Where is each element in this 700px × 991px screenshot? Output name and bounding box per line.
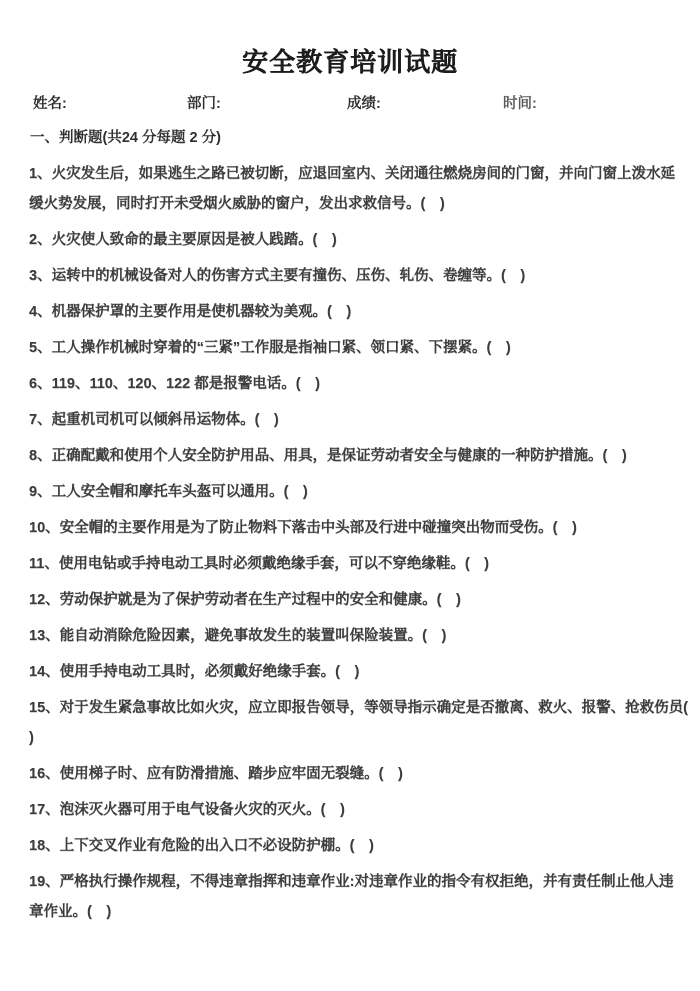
question-item-11: 11、使用电钻或手持电动工具时必须戴绝缘手套，可以不穿绝缘鞋。( ) — [29, 549, 694, 579]
question-item-4: 4、机器保护罩的主要作用是使机器较为美观。( ) — [29, 297, 694, 327]
question-line: 14、使用手持电动工具时，必须戴好绝缘手套。( ) — [29, 657, 694, 687]
question-item-18: 18、上下交叉作业有危险的出入口不必设防护棚。( ) — [29, 831, 694, 861]
question-item-12: 12、劳动保护就是为了保护劳动者在生产过程中的安全和健康。( ) — [29, 585, 694, 615]
question-line: 3、运转中的机械设备对人的伤害方式主要有撞伤、压伤、轧伤、卷缠等。( ) — [29, 261, 694, 291]
section-heading-true-false: 一、判断题(共24 分每题 2 分) — [30, 126, 221, 147]
question-line: 17、泡沫灭火器可用于电气设备火灾的灭火。( ) — [29, 795, 694, 825]
time-field-label: 时间: — [503, 92, 537, 113]
question-item-5: 5、工人操作机械时穿着的“三紧”工作服是指袖口紧、领口紧、下摆紧。( ) — [29, 333, 694, 363]
test-paper-page: 安全教育培训试题 姓名: 部门: 成绩: 时间: 一、判断题(共24 分每题 2… — [0, 0, 700, 991]
question-item-17: 17、泡沫灭火器可用于电气设备火灾的灭火。( ) — [29, 795, 694, 825]
question-item-16: 16、使用梯子时、应有防滑措施、踏步应牢固无裂缝。( ) — [29, 759, 694, 789]
question-item-9: 9、工人安全帽和摩托车头盔可以通用。( ) — [29, 477, 694, 507]
question-line: 9、工人安全帽和摩托车头盔可以通用。( ) — [29, 477, 694, 507]
question-item-2: 2、火灾使人致命的最主要原因是被人践踏。( ) — [29, 225, 694, 255]
question-line: ) — [29, 723, 694, 753]
question-line: 4、机器保护罩的主要作用是使机器较为美观。( ) — [29, 297, 694, 327]
question-line: 19、严格执行操作规程，不得违章指挥和违章作业:对违章作业的指令有权拒绝，并有责… — [29, 867, 694, 897]
question-line: 6、119、110、120、122 都是报警电话。( ) — [29, 369, 694, 399]
question-line: 5、工人操作机械时穿着的“三紧”工作服是指袖口紧、领口紧、下摆紧。( ) — [29, 333, 694, 363]
question-item-10: 10、安全帽的主要作用是为了防止物料下落击中头部及行进中碰撞突出物而受伤。( ) — [29, 513, 694, 543]
question-list: 1、火灾发生后，如果逃生之路已被切断，应退回室内、关闭通往燃烧房间的门窗，并向门… — [29, 159, 694, 933]
question-line: 缓火势发展，同时打开未受烟火威胁的窗户，发出求救信号。( ) — [29, 189, 694, 219]
question-item-19: 19、严格执行操作规程，不得违章指挥和违章作业:对违章作业的指令有权拒绝，并有责… — [29, 867, 694, 927]
page-title: 安全教育培训试题 — [0, 42, 700, 79]
score-field-label: 成绩: — [347, 92, 381, 113]
question-item-6: 6、119、110、120、122 都是报警电话。( ) — [29, 369, 694, 399]
question-item-3: 3、运转中的机械设备对人的伤害方式主要有撞伤、压伤、轧伤、卷缠等。( ) — [29, 261, 694, 291]
question-item-15: 15、对于发生紧急事故比如火灾，应立即报告领导，等领导指示确定是否撤离、救火、报… — [29, 693, 694, 753]
department-field-label: 部门: — [187, 92, 221, 113]
name-field-label: 姓名: — [33, 92, 67, 113]
question-line: 章作业。( ) — [29, 897, 694, 927]
question-line: 1、火灾发生后，如果逃生之路已被切断，应退回室内、关闭通往燃烧房间的门窗，并向门… — [29, 159, 694, 189]
question-line: 12、劳动保护就是为了保护劳动者在生产过程中的安全和健康。( ) — [29, 585, 694, 615]
exam-header-row: 姓名: 部门: 成绩: 时间: — [0, 92, 700, 112]
question-line: 10、安全帽的主要作用是为了防止物料下落击中头部及行进中碰撞突出物而受伤。( ) — [29, 513, 694, 543]
question-line: 11、使用电钻或手持电动工具时必须戴绝缘手套，可以不穿绝缘鞋。( ) — [29, 549, 694, 579]
question-line: 15、对于发生紧急事故比如火灾，应立即报告领导，等领导指示确定是否撤离、救火、报… — [29, 693, 694, 723]
question-line: 18、上下交叉作业有危险的出入口不必设防护棚。( ) — [29, 831, 694, 861]
question-item-8: 8、正确配戴和使用个人安全防护用品、用具，是保证劳动者安全与健康的一种防护措施。… — [29, 441, 694, 471]
question-item-14: 14、使用手持电动工具时，必须戴好绝缘手套。( ) — [29, 657, 694, 687]
question-line: 16、使用梯子时、应有防滑措施、踏步应牢固无裂缝。( ) — [29, 759, 694, 789]
question-line: 8、正确配戴和使用个人安全防护用品、用具，是保证劳动者安全与健康的一种防护措施。… — [29, 441, 694, 471]
question-line: 2、火灾使人致命的最主要原因是被人践踏。( ) — [29, 225, 694, 255]
question-line: 7、起重机司机可以倾斜吊运物体。( ) — [29, 405, 694, 435]
question-line: 13、能自动消除危险因素，避免事故发生的装置叫保险装置。( ) — [29, 621, 694, 651]
question-item-13: 13、能自动消除危险因素，避免事故发生的装置叫保险装置。( ) — [29, 621, 694, 651]
question-item-7: 7、起重机司机可以倾斜吊运物体。( ) — [29, 405, 694, 435]
question-item-1: 1、火灾发生后，如果逃生之路已被切断，应退回室内、关闭通往燃烧房间的门窗，并向门… — [29, 159, 694, 219]
